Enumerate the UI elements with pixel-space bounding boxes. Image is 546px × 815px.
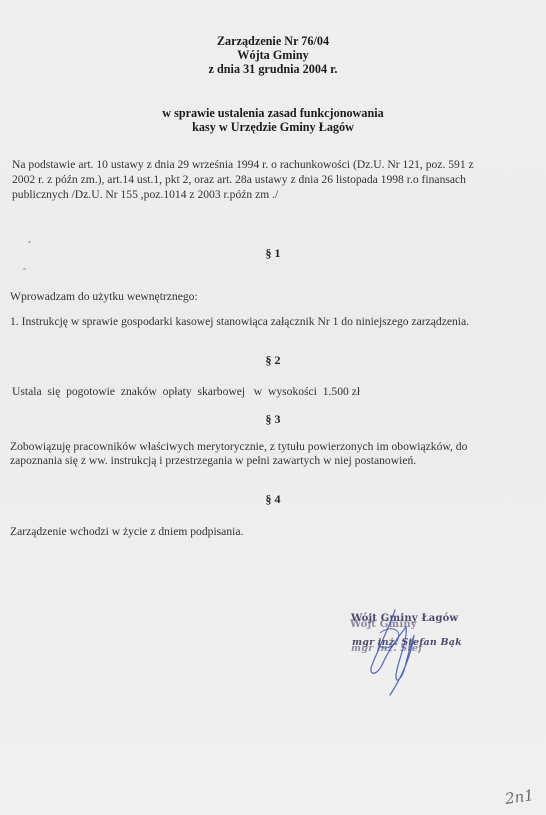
section-4-text: Zarządzenie wchodzi w życie z dniem podp…: [10, 524, 243, 539]
scan-speck: [23, 268, 26, 270]
document-date: z dnia 31 grudnia 2004 r.: [0, 63, 546, 76]
section-2-text: Ustala się pogotowie znaków opłaty skarb…: [12, 384, 360, 399]
scan-speck: [28, 241, 31, 243]
document-issuer: Wójta Gminy: [0, 49, 546, 62]
section-1-item: 1. Instrukcję w sprawie gospodarki kasow…: [10, 314, 469, 329]
section-1-mark: § 1: [0, 246, 546, 261]
subject-line-2: kasy w Urzędzie Gminy Łagów: [0, 121, 546, 134]
section-3-mark: § 3: [0, 412, 546, 427]
section-2-mark: § 2: [0, 353, 546, 368]
legal-basis-line-3: publicznych /Dz.U. Nr 155 ,poz.1014 z 20…: [12, 187, 278, 202]
handwritten-signature-icon: [350, 605, 490, 715]
section-1-intro: Wprowadzam do użytku wewnętrznego:: [10, 289, 198, 304]
legal-basis-line-2: 2002 r. z późn zm.), art.14 ust.1, pkt 2…: [12, 172, 466, 187]
document-page: Zarządzenie Nr 76/04 Wójta Gminy z dnia …: [0, 0, 546, 815]
signature-stamp: Wójt Gminy Łagów Wójt Gminy mgr inż. Ste…: [350, 605, 490, 715]
section-3-line-2: zapoznania się z ww. instrukcją i przest…: [10, 453, 416, 468]
subject-line-1: w sprawie ustalenia zasad funkcjonowania: [0, 107, 546, 120]
legal-basis-line-1: Na podstawie art. 10 ustawy z dnia 29 wr…: [12, 157, 474, 172]
handwritten-page-note: 2n1: [504, 786, 535, 808]
document-title: Zarządzenie Nr 76/04: [0, 35, 546, 48]
section-3-line-1: Zobowiązuję pracowników właściwych meryt…: [10, 439, 467, 454]
section-4-mark: § 4: [0, 492, 546, 507]
